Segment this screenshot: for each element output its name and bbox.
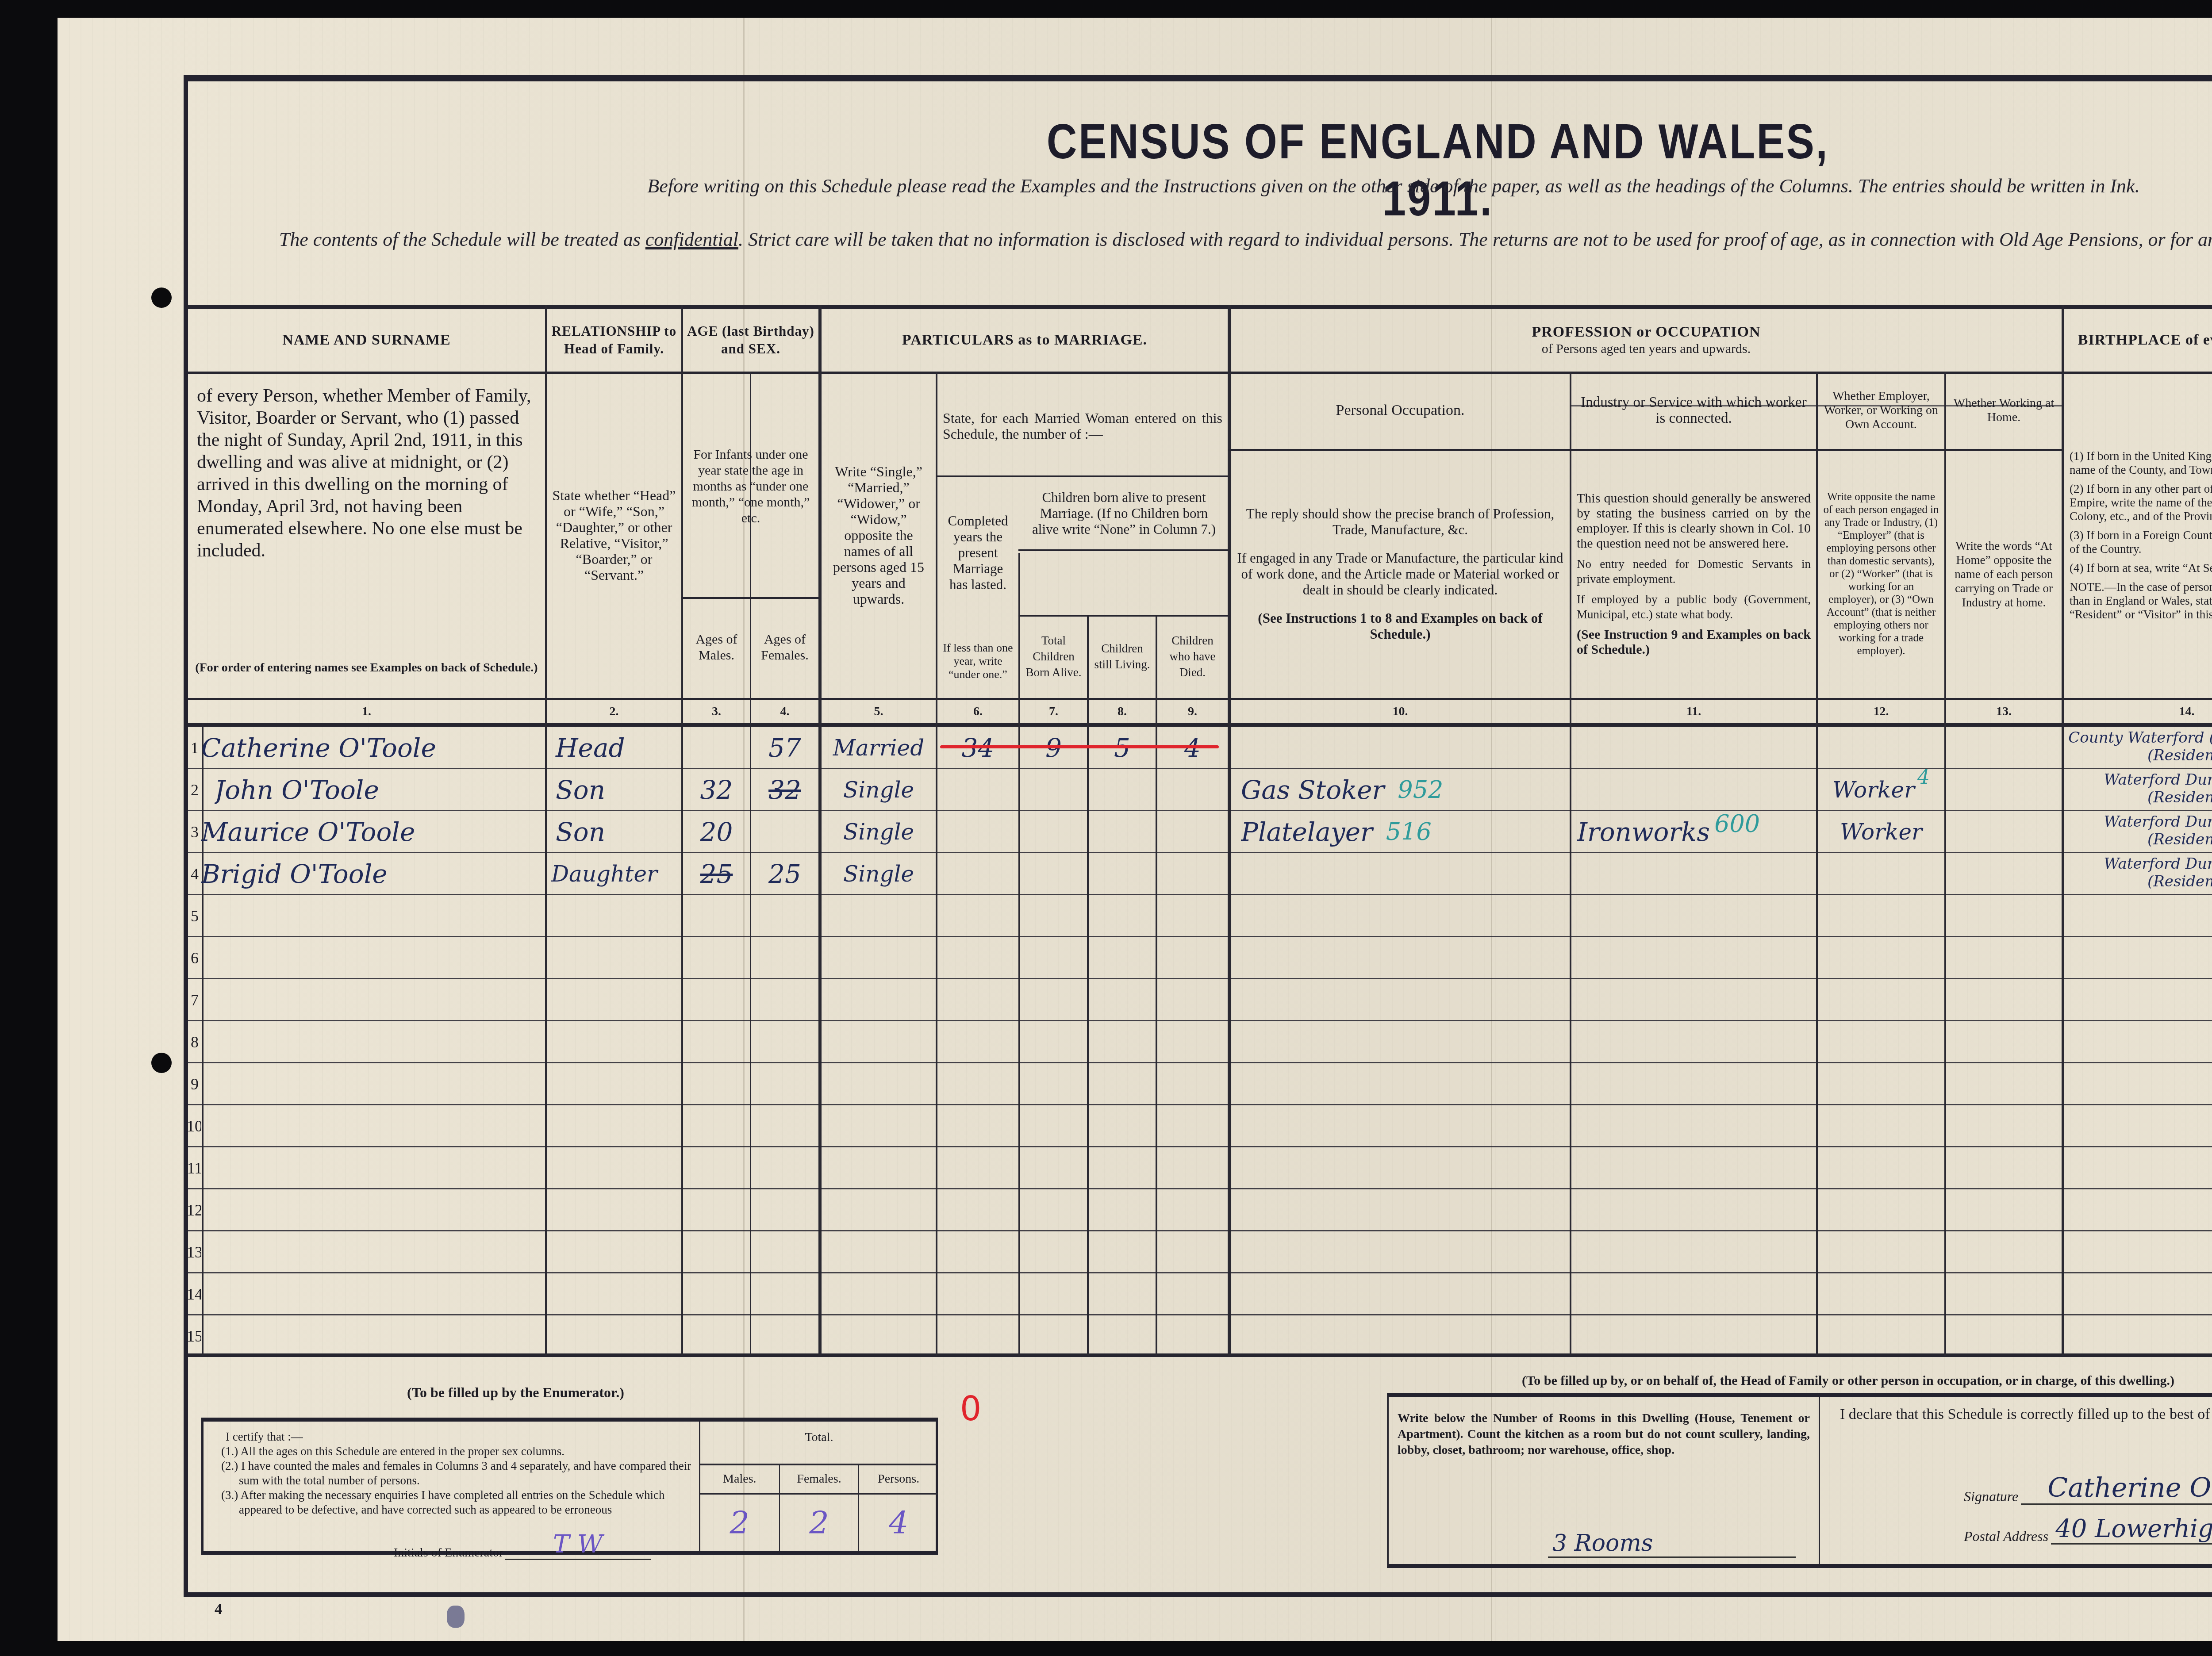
row-3-name[interactable]: Maurice O'Toole — [201, 811, 545, 853]
row-number: 9 — [188, 1063, 201, 1105]
personal-occupation-header: Personal Occupation. — [1231, 374, 1570, 447]
years-married-note: If less than one year, write “under one.… — [937, 626, 1018, 697]
occupation-subtitle: of Persons aged ten years and upwards. — [1542, 341, 1751, 357]
signature-field: Signature Catherine O'Toole — [1964, 1472, 2212, 1505]
row-number: 12 — [188, 1189, 201, 1231]
row-3-occupation[interactable]: Platelayer — [1241, 817, 1373, 847]
working-home-header: Whether Working at Home. — [1946, 374, 2062, 447]
row-3-occupation-code: 516 — [1386, 818, 1432, 846]
row-2-occupation-code: 952 — [1398, 776, 1443, 804]
certification-text: I certify that :— (1.) All the ages on t… — [212, 1430, 695, 1517]
birthplace-instruction: (4) If born at sea, write “At Sea.” — [2070, 561, 2212, 575]
row-3-industry-code: 600 — [1714, 811, 1760, 838]
enumerator-initials-field: Initials of Enumerator T W — [394, 1530, 651, 1560]
row-number: 11 — [188, 1147, 201, 1189]
birthplace-instructions: (1) If born in the United Kingdom, write… — [2064, 376, 2212, 694]
row-rule — [188, 1230, 2212, 1231]
row-2-relationship[interactable]: Son — [547, 769, 681, 811]
row-number: 10 — [188, 1105, 201, 1147]
children-living-header: Children still Living. — [1089, 617, 1156, 696]
occupation-title: PROFESSION or OCCUPATION — [1532, 323, 1760, 341]
declaration-statement: I declare that this Schedule is correctl… — [1831, 1406, 2212, 1423]
age-instructions: For Infants under one year state the age… — [683, 376, 818, 597]
instructions-subtitle: Before writing on this Schedule please r… — [310, 175, 2212, 197]
row-1-birthplace[interactable]: County Waterford (Dungarvan) (Resident) — [2064, 721, 2212, 772]
row-number: 15 — [188, 1315, 201, 1357]
children-total-header: Total Children Born Alive. — [1020, 617, 1087, 696]
rooms-value[interactable]: 3 Rooms — [1548, 1530, 1796, 1558]
confidential-emphasis: confidential — [645, 229, 738, 250]
birthplace-instruction: (1) If born in the United Kingdom, write… — [2070, 449, 2212, 477]
row-2-condition[interactable]: Single — [822, 769, 936, 811]
row-4-relationship[interactable]: Daughter — [547, 853, 681, 895]
birthplace-note: NOTE.—In the case of persons born elsewh… — [2070, 580, 2212, 621]
birthplace-instruction: (2) If born in any other part of the Bri… — [2070, 482, 2212, 523]
row-3-employer[interactable]: Worker — [1818, 811, 1944, 853]
col-number: 14. — [2064, 700, 2212, 723]
col-number: 4. — [751, 700, 818, 723]
personal-instruction: If engaged in any Trade or Manufacture, … — [1236, 550, 1564, 598]
industry-instruction: This question should generally be answer… — [1577, 491, 1811, 551]
totals-persons-label: Persons. — [858, 1465, 938, 1493]
row-4-condition[interactable]: Single — [822, 853, 936, 895]
initials-value[interactable]: T W — [505, 1530, 651, 1560]
row-rule — [188, 936, 2212, 937]
address-field: Postal Address 40 Lowerhigh St. Dowlais … — [1964, 1514, 2212, 1545]
row-4-birthplace[interactable]: Waterford Dungarvan (Resident) — [2064, 849, 2212, 896]
row-2-employer[interactable]: Worker — [1832, 777, 1915, 803]
col-header-age: AGE (last Birthday) and SEX. — [683, 309, 818, 372]
industry-instruction: (See Instruction 9 and Examples on back … — [1577, 627, 1811, 657]
certify-item: (2.) I have counted the males and female… — [212, 1459, 695, 1488]
row-4-age-male-struck[interactable]: 25 — [683, 853, 750, 895]
row-rule — [188, 1272, 2212, 1273]
row-2-occupation-cell: Gas Stoker 952 — [1241, 769, 1570, 811]
birthplace-instruction: (3) If born in a Foreign Country, write … — [2070, 529, 2212, 556]
row-rule — [188, 1314, 2212, 1315]
address-value[interactable]: 40 Lowerhigh St. Dowlais Glam — [2051, 1514, 2212, 1545]
row-2-age-male[interactable]: 32 — [683, 769, 750, 811]
row-2-name[interactable]: John O'Toole — [215, 769, 545, 811]
col-number: 3. — [683, 700, 750, 723]
col-number: 10. — [1231, 700, 1570, 723]
enumerator-red-annotation: 0 — [960, 1389, 981, 1428]
row-rule — [188, 1062, 2212, 1063]
col-header-birthplace: BIRTHPLACE of every Person. — [2064, 309, 2212, 372]
row-rule — [188, 1104, 2212, 1105]
col-number: 5. — [822, 700, 936, 723]
col-number: 13. — [1946, 700, 2062, 723]
condition-instructions: Write “Single,” “Married,” “Widower,” or… — [822, 376, 936, 694]
row-rule — [188, 978, 2212, 979]
totals-males-label: Males. — [700, 1465, 779, 1493]
binding-hole — [151, 287, 172, 308]
declaration-section: I declare that this Schedule is correctl… — [1831, 1406, 2212, 1573]
col-number: 2. — [547, 700, 681, 723]
binding-hole — [151, 1053, 172, 1073]
industry-instruction: If employed by a public body (Government… — [1577, 592, 1811, 622]
ink-blot — [447, 1606, 465, 1628]
corner-form-mark: 4 — [215, 1601, 222, 1618]
col-header-occupation: PROFESSION or OCCUPATION of Persons aged… — [1231, 309, 2062, 372]
col-number: 11. — [1571, 700, 1816, 723]
relationship-instructions: State whether “Head” or “Wife,” “Son,” “… — [547, 376, 681, 694]
row-1-relationship[interactable]: Head — [547, 727, 681, 769]
row-1-name[interactable]: Catherine O'Toole — [201, 727, 545, 769]
certify-heading: I certify that :— — [212, 1430, 695, 1444]
row-3-condition[interactable]: Single — [822, 811, 936, 853]
employer-header: Whether Employer, Worker, or Working on … — [1818, 374, 1944, 447]
row-1-age-female[interactable]: 57 — [751, 727, 818, 769]
col-header-relationship: RELATIONSHIP to Head of Family. — [547, 309, 681, 372]
dwelling-declaration-box: Write below the Number of Rooms in this … — [1387, 1393, 2212, 1568]
address-label: Postal Address — [1964, 1528, 2048, 1545]
confidential-text: . Strict care will be taken that no info… — [738, 229, 2212, 250]
industry-header: Industry or Service with which worker is… — [1571, 374, 1816, 447]
row-number: 7 — [188, 979, 201, 1021]
row-4-name[interactable]: Brigid O'Toole — [201, 853, 545, 895]
row-3-industry-cell: Ironworks 600 — [1577, 811, 1816, 853]
row-number: 3 — [188, 811, 201, 853]
row-number: 13 — [188, 1231, 201, 1273]
row-number: 2 — [188, 769, 201, 811]
certify-item: (1.) All the ages on this Schedule are e… — [212, 1444, 695, 1459]
row-number: 5 — [188, 895, 201, 937]
red-strike-line — [940, 745, 1219, 748]
children-born-header: Children born alive to present Marriage.… — [1020, 478, 1228, 549]
col-number: 7. — [1020, 700, 1087, 723]
married-woman-instructions: State, for each Married Woman entered on… — [937, 376, 1228, 475]
age-females-header: Ages of Females. — [751, 599, 818, 696]
col-number: 9. — [1157, 700, 1228, 723]
enumerator-certification-box: I certify that :— (1.) All the ages on t… — [201, 1418, 938, 1555]
row-rule — [188, 1020, 2212, 1021]
children-died-header: Children who have Died. — [1157, 617, 1228, 696]
col-header-marriage: PARTICULARS as to MARRIAGE. — [822, 309, 1228, 372]
census-table: NAME AND SURNAME RELATIONSHIP to Head of… — [188, 305, 2212, 1358]
initials-label: Initials of Enumerator — [394, 1546, 503, 1560]
personal-instruction: The reply should show the precise branch… — [1236, 506, 1564, 538]
row-3-occupation-cell: Platelayer 516 — [1241, 811, 1570, 853]
confidential-notice: The contents of the Schedule will be tre… — [212, 226, 2212, 254]
col-number: 6. — [937, 700, 1018, 723]
row-4-age-female[interactable]: 25 — [751, 853, 818, 895]
row-2-birthplace[interactable]: Waterford Dungarvan (Resident) — [2064, 765, 2212, 812]
row-number: 6 — [188, 937, 201, 979]
col-number: 1. — [188, 700, 545, 723]
row-3-industry[interactable]: Ironworks — [1577, 817, 1710, 847]
page-title: CENSUS OF ENGLAND AND WALES, 1911. — [1006, 113, 1870, 227]
totals-label: Total. — [700, 1430, 938, 1445]
working-home-instructions: Write the words “At Home” opposite the n… — [1946, 453, 2062, 694]
row-number: 4 — [188, 853, 201, 895]
row-3-relationship[interactable]: Son — [547, 811, 681, 853]
totals-males-value[interactable]: 2 — [700, 1495, 779, 1551]
years-married-header: Completed years the present Marriage has… — [937, 480, 1018, 626]
row-rule — [188, 1146, 2212, 1147]
signature-label: Signature — [1964, 1488, 2018, 1505]
row-rule — [188, 1188, 2212, 1189]
row-2-occupation[interactable]: Gas Stoker — [1241, 775, 1384, 805]
totals-table: Total. Males. Females. Persons. 2 2 4 — [699, 1422, 938, 1551]
row-3-age-male[interactable]: 20 — [683, 811, 750, 853]
row-number: 8 — [188, 1021, 201, 1063]
col-header-name: NAME AND SURNAME — [188, 309, 545, 372]
row-2-employer-code: 4 — [1917, 769, 1930, 789]
household-section-note: (To be filled up by, or on behalf of, th… — [1522, 1373, 2174, 1388]
age-males-header: Ages of Males. — [683, 599, 750, 696]
row-number: 14 — [188, 1273, 201, 1315]
rooms-section: Write below the Number of Rooms in this … — [1389, 1397, 1820, 1564]
row-2-employer-cell: Worker 4 — [1818, 769, 1944, 811]
certify-item: (3.) After making the necessary enquirie… — [212, 1488, 695, 1517]
name-instructions: of every Person, whether Member of Famil… — [188, 376, 545, 637]
row-2-age-female-struck[interactable]: 32 — [751, 769, 818, 811]
totals-persons-value[interactable]: 4 — [858, 1495, 938, 1551]
industry-instruction: No entry needed for Domestic Servants in… — [1577, 556, 1811, 586]
signature-value[interactable]: Catherine O'Toole — [2021, 1472, 2212, 1505]
col-number: 8. — [1089, 700, 1156, 723]
personal-occupation-instructions: The reply should show the precise branch… — [1231, 453, 1570, 694]
row-3-birthplace[interactable]: Waterford Dungarvan (Resident) — [2064, 807, 2212, 854]
rooms-instruction: Write below the Number of Rooms in this … — [1398, 1411, 1810, 1458]
name-note: (For order of entering names see Example… — [188, 641, 545, 694]
industry-instructions: This question should generally be answer… — [1571, 453, 1816, 694]
enumerator-section-title: (To be filled up by the Enumerator.) — [407, 1384, 624, 1401]
employer-instructions: Write opposite the name of each person e… — [1818, 453, 1944, 694]
row-number: 1 — [188, 727, 201, 769]
confidential-text: The contents of the Schedule will be tre… — [279, 229, 645, 250]
totals-females-label: Females. — [779, 1465, 859, 1493]
totals-females-value[interactable]: 2 — [779, 1495, 859, 1551]
col-number: 12. — [1818, 700, 1944, 723]
row-1-condition[interactable]: Married — [822, 727, 936, 769]
personal-instruction: (See Instructions 1 to 8 and Examples on… — [1236, 610, 1564, 642]
